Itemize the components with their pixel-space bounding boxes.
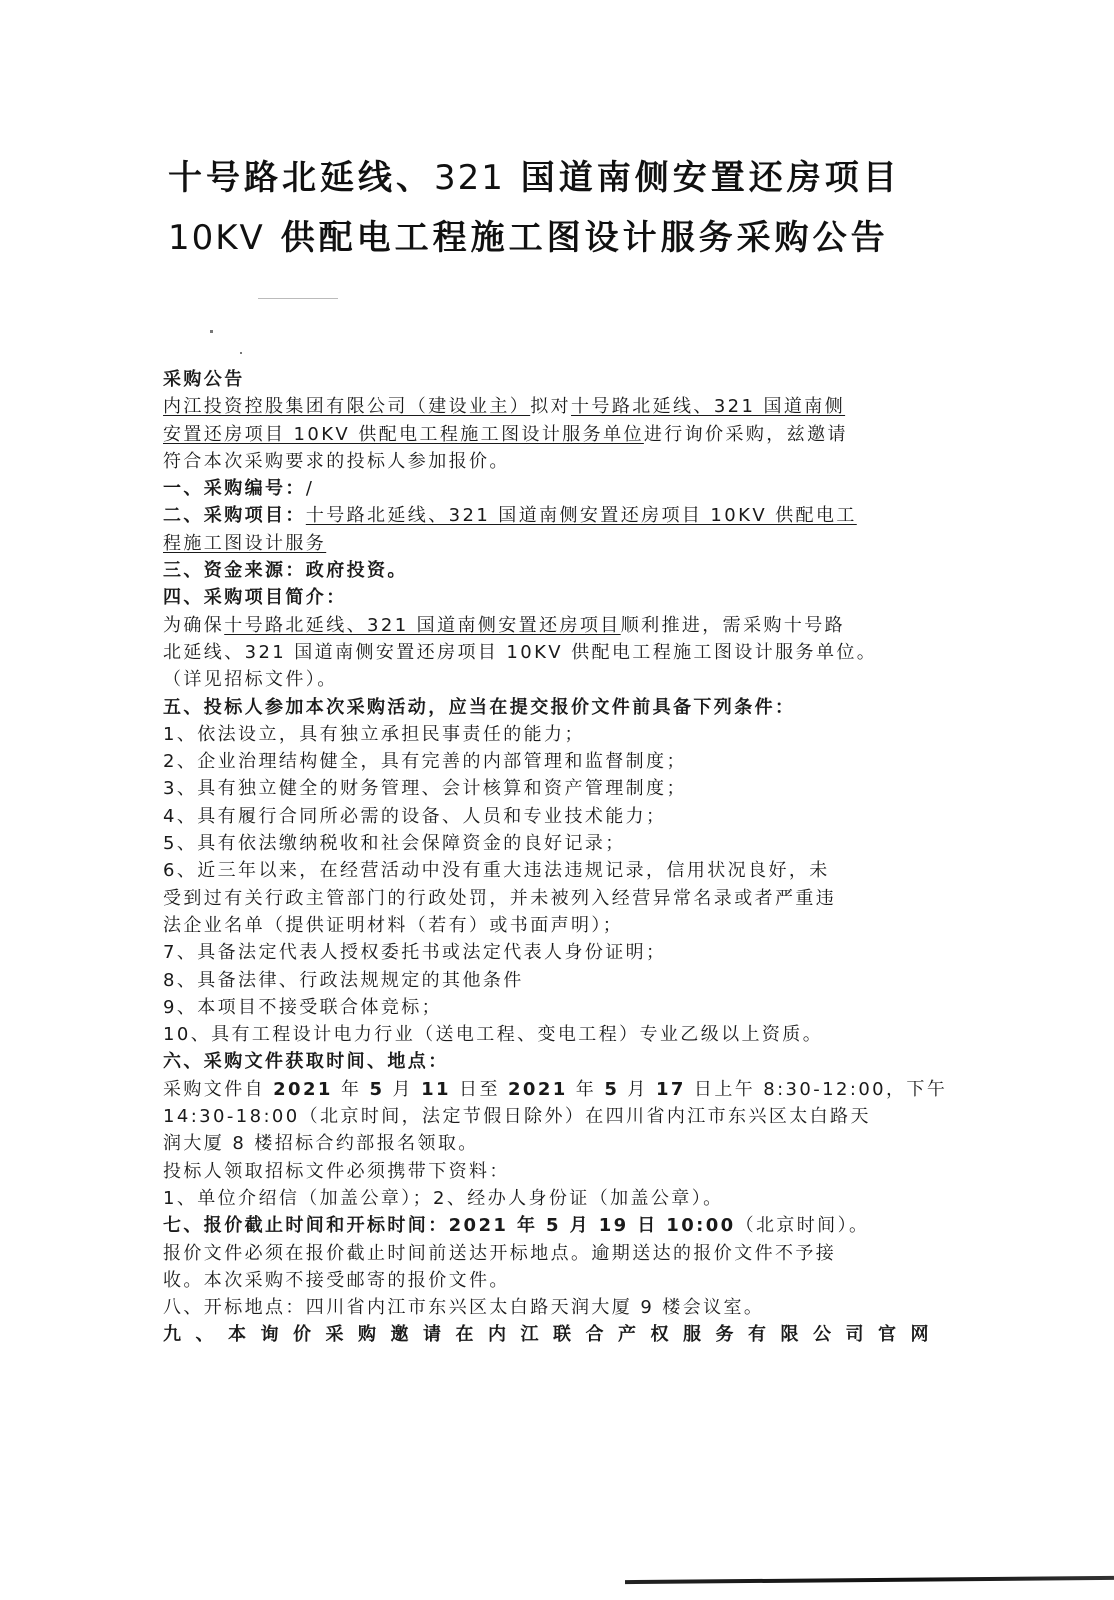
text: 日上午 8:30-12:00，下午: [686, 1079, 947, 1100]
section-7-line-3: 收。本次采购不接受邮寄的报价文件。: [163, 1267, 933, 1294]
intro-line-3: 符合本次采购要求的投标人参加报价。: [163, 448, 933, 475]
section-4-p3: （详见招标文件）。: [163, 666, 933, 693]
project-name: 十号路北延线、321 国道南侧: [571, 396, 845, 417]
requirement-item: 5、具有依法缴纳税收和社会保障资金的良好记录；: [163, 830, 933, 857]
section-4-p1: 为确保十号路北延线、321 国道南侧安置还房项目顺利推进，需采购十号路: [163, 612, 933, 639]
section-1: 一、采购编号：/: [163, 475, 933, 502]
section-7-line-2: 报价文件必须在报价截止时间前送达开标地点。逾期送达的报价文件不予接: [163, 1240, 933, 1267]
section-6-line-5: 1、单位介绍信（加盖公章）；2、经办人身份证（加盖公章）。: [163, 1185, 933, 1212]
text: （北京时间）。: [736, 1215, 870, 1236]
requirement-item: 7、具备法定代表人授权委托书或法定代表人身份证明；: [163, 939, 933, 966]
title-number: 321: [434, 158, 505, 198]
section-heading: 采购公告: [163, 366, 933, 393]
document-title-line-2: 10KV 供配电工程施工图设计服务采购公告: [168, 210, 948, 259]
section-9: 九、本询价采购邀请在内江联合产权服务有限公司官网: [163, 1321, 933, 1348]
document-body: 采购公告 内江投资控股集团有限公司（建设业主）拟对十号路北延线、321 国道南侧…: [163, 366, 933, 1349]
text: 顺利推进，需采购十号路: [621, 615, 845, 636]
date-day: 17: [656, 1079, 686, 1100]
section-4-p2: 北延线、321 国道南侧安置还房项目 10KV 供配电工程施工图设计服务单位。: [163, 639, 933, 666]
section-6-line-4: 投标人领取招标文件必须携带下资料：: [163, 1158, 933, 1185]
section-label: 七、报价截止时间和开标时间：: [163, 1215, 449, 1236]
procurement-number: /: [306, 478, 314, 499]
section-2: 二、采购项目：十号路北延线、321 国道南侧安置还房项目 10KV 供配电工: [163, 502, 933, 529]
section-7: 七、报价截止时间和开标时间：2021 年 5 月 19 日 10:00（北京时间…: [163, 1212, 933, 1239]
section-6-line-2: 14:30-18:00（北京时间，法定节假日除外）在四川省内江市东兴区太白路天: [163, 1103, 933, 1130]
text: 年: [333, 1079, 370, 1100]
date-day: 11: [421, 1079, 451, 1100]
text: 为确保: [163, 615, 224, 636]
requirement-item: 1、依法设立，具有独立承担民事责任的能力；: [163, 721, 933, 748]
requirement-item: 10、具有工程设计电力行业（送电工程、变电工程）专业乙级以上资质。: [163, 1021, 933, 1048]
text: 月: [384, 1079, 421, 1100]
project-name: 安置还房项目 10KV 供配电工程施工图设计服务单位: [163, 424, 644, 445]
intro-text: 拟对: [530, 396, 571, 417]
scan-artifact: [240, 352, 242, 354]
section-6: 六、采购文件获取时间、地点：: [163, 1048, 933, 1075]
intro-line-2: 安置还房项目 10KV 供配电工程施工图设计服务单位进行询价采购，兹邀请: [163, 421, 933, 448]
section-4: 四、采购项目简介：: [163, 584, 933, 611]
text: 日至: [451, 1079, 508, 1100]
date-year: 2021: [508, 1079, 568, 1100]
date-month: 5: [604, 1079, 619, 1100]
date-year: 2021: [273, 1079, 333, 1100]
procurement-item: 十号路北延线、321 国道南侧安置还房项目 10KV 供配电工: [306, 505, 857, 526]
project-name: 十号路北延线、321 国道南侧安置还房项目: [224, 615, 620, 636]
intro-line-1: 内江投资控股集团有限公司（建设业主）拟对十号路北延线、321 国道南侧: [163, 393, 933, 420]
text: 采购文件自: [163, 1079, 273, 1100]
section-3: 三、资金来源：政府投资。: [163, 557, 933, 584]
section-6-line-1: 采购文件自 2021 年 5 月 11 日至 2021 年 5 月 17 日上午…: [163, 1076, 933, 1103]
text: 年: [568, 1079, 605, 1100]
title-text: 供配电工程施工图设计服务采购公告: [265, 218, 889, 258]
intro-text: 进行询价采购，兹邀请: [644, 424, 848, 445]
requirement-item: 法企业名单（提供证明材料（若有）或书面声明）；: [163, 912, 933, 939]
section-label: 一、采购编号：: [163, 478, 306, 499]
section-8: 八、开标地点：四川省内江市东兴区太白路天润大厦 9 楼会议室。: [163, 1294, 933, 1321]
title-text: 十号路北延线、: [168, 158, 434, 198]
text: 月: [619, 1079, 656, 1100]
deadline-datetime: 2021 年 5 月 19 日 10:00: [449, 1215, 736, 1236]
scan-edge-artifact: [625, 1576, 1114, 1584]
title-number: 10KV: [168, 218, 265, 258]
requirement-item: 4、具有履行合同所必需的设备、人员和专业技术能力；: [163, 803, 933, 830]
requirement-item: 6、近三年以来，在经营活动中没有重大违法违规记录，信用状况良好，未: [163, 857, 933, 884]
date-month: 5: [369, 1079, 384, 1100]
procurement-item: 程施工图设计服务: [163, 533, 326, 554]
section-5: 五、投标人参加本次采购活动，应当在提交报价文件前具备下列条件：: [163, 694, 933, 721]
section-2-cont: 程施工图设计服务: [163, 530, 933, 557]
requirement-item: 8、具备法律、行政法规规定的其他条件: [163, 967, 933, 994]
section-6-line-3: 润大厦 8 楼招标合约部报名领取。: [163, 1130, 933, 1157]
scan-artifact: [210, 330, 213, 333]
requirement-item: 9、本项目不接受联合体竞标；: [163, 994, 933, 1021]
requirement-item: 3、具有独立健全的财务管理、会计核算和资产管理制度；: [163, 775, 933, 802]
requirement-item: 受到过有关行政主管部门的行政处罚，并未被列入经营异常名录或者严重违: [163, 885, 933, 912]
requirement-item: 2、企业治理结构健全，具有完善的内部管理和监督制度；: [163, 748, 933, 775]
scan-artifact: [258, 298, 338, 299]
owner-name: 内江投资控股集团有限公司（建设业主）: [163, 396, 530, 417]
title-text: 国道南侧安置还房项目: [505, 158, 901, 198]
document-title-line-1: 十号路北延线、321 国道南侧安置还房项目: [168, 150, 948, 199]
section-label: 二、采购项目：: [163, 505, 306, 526]
